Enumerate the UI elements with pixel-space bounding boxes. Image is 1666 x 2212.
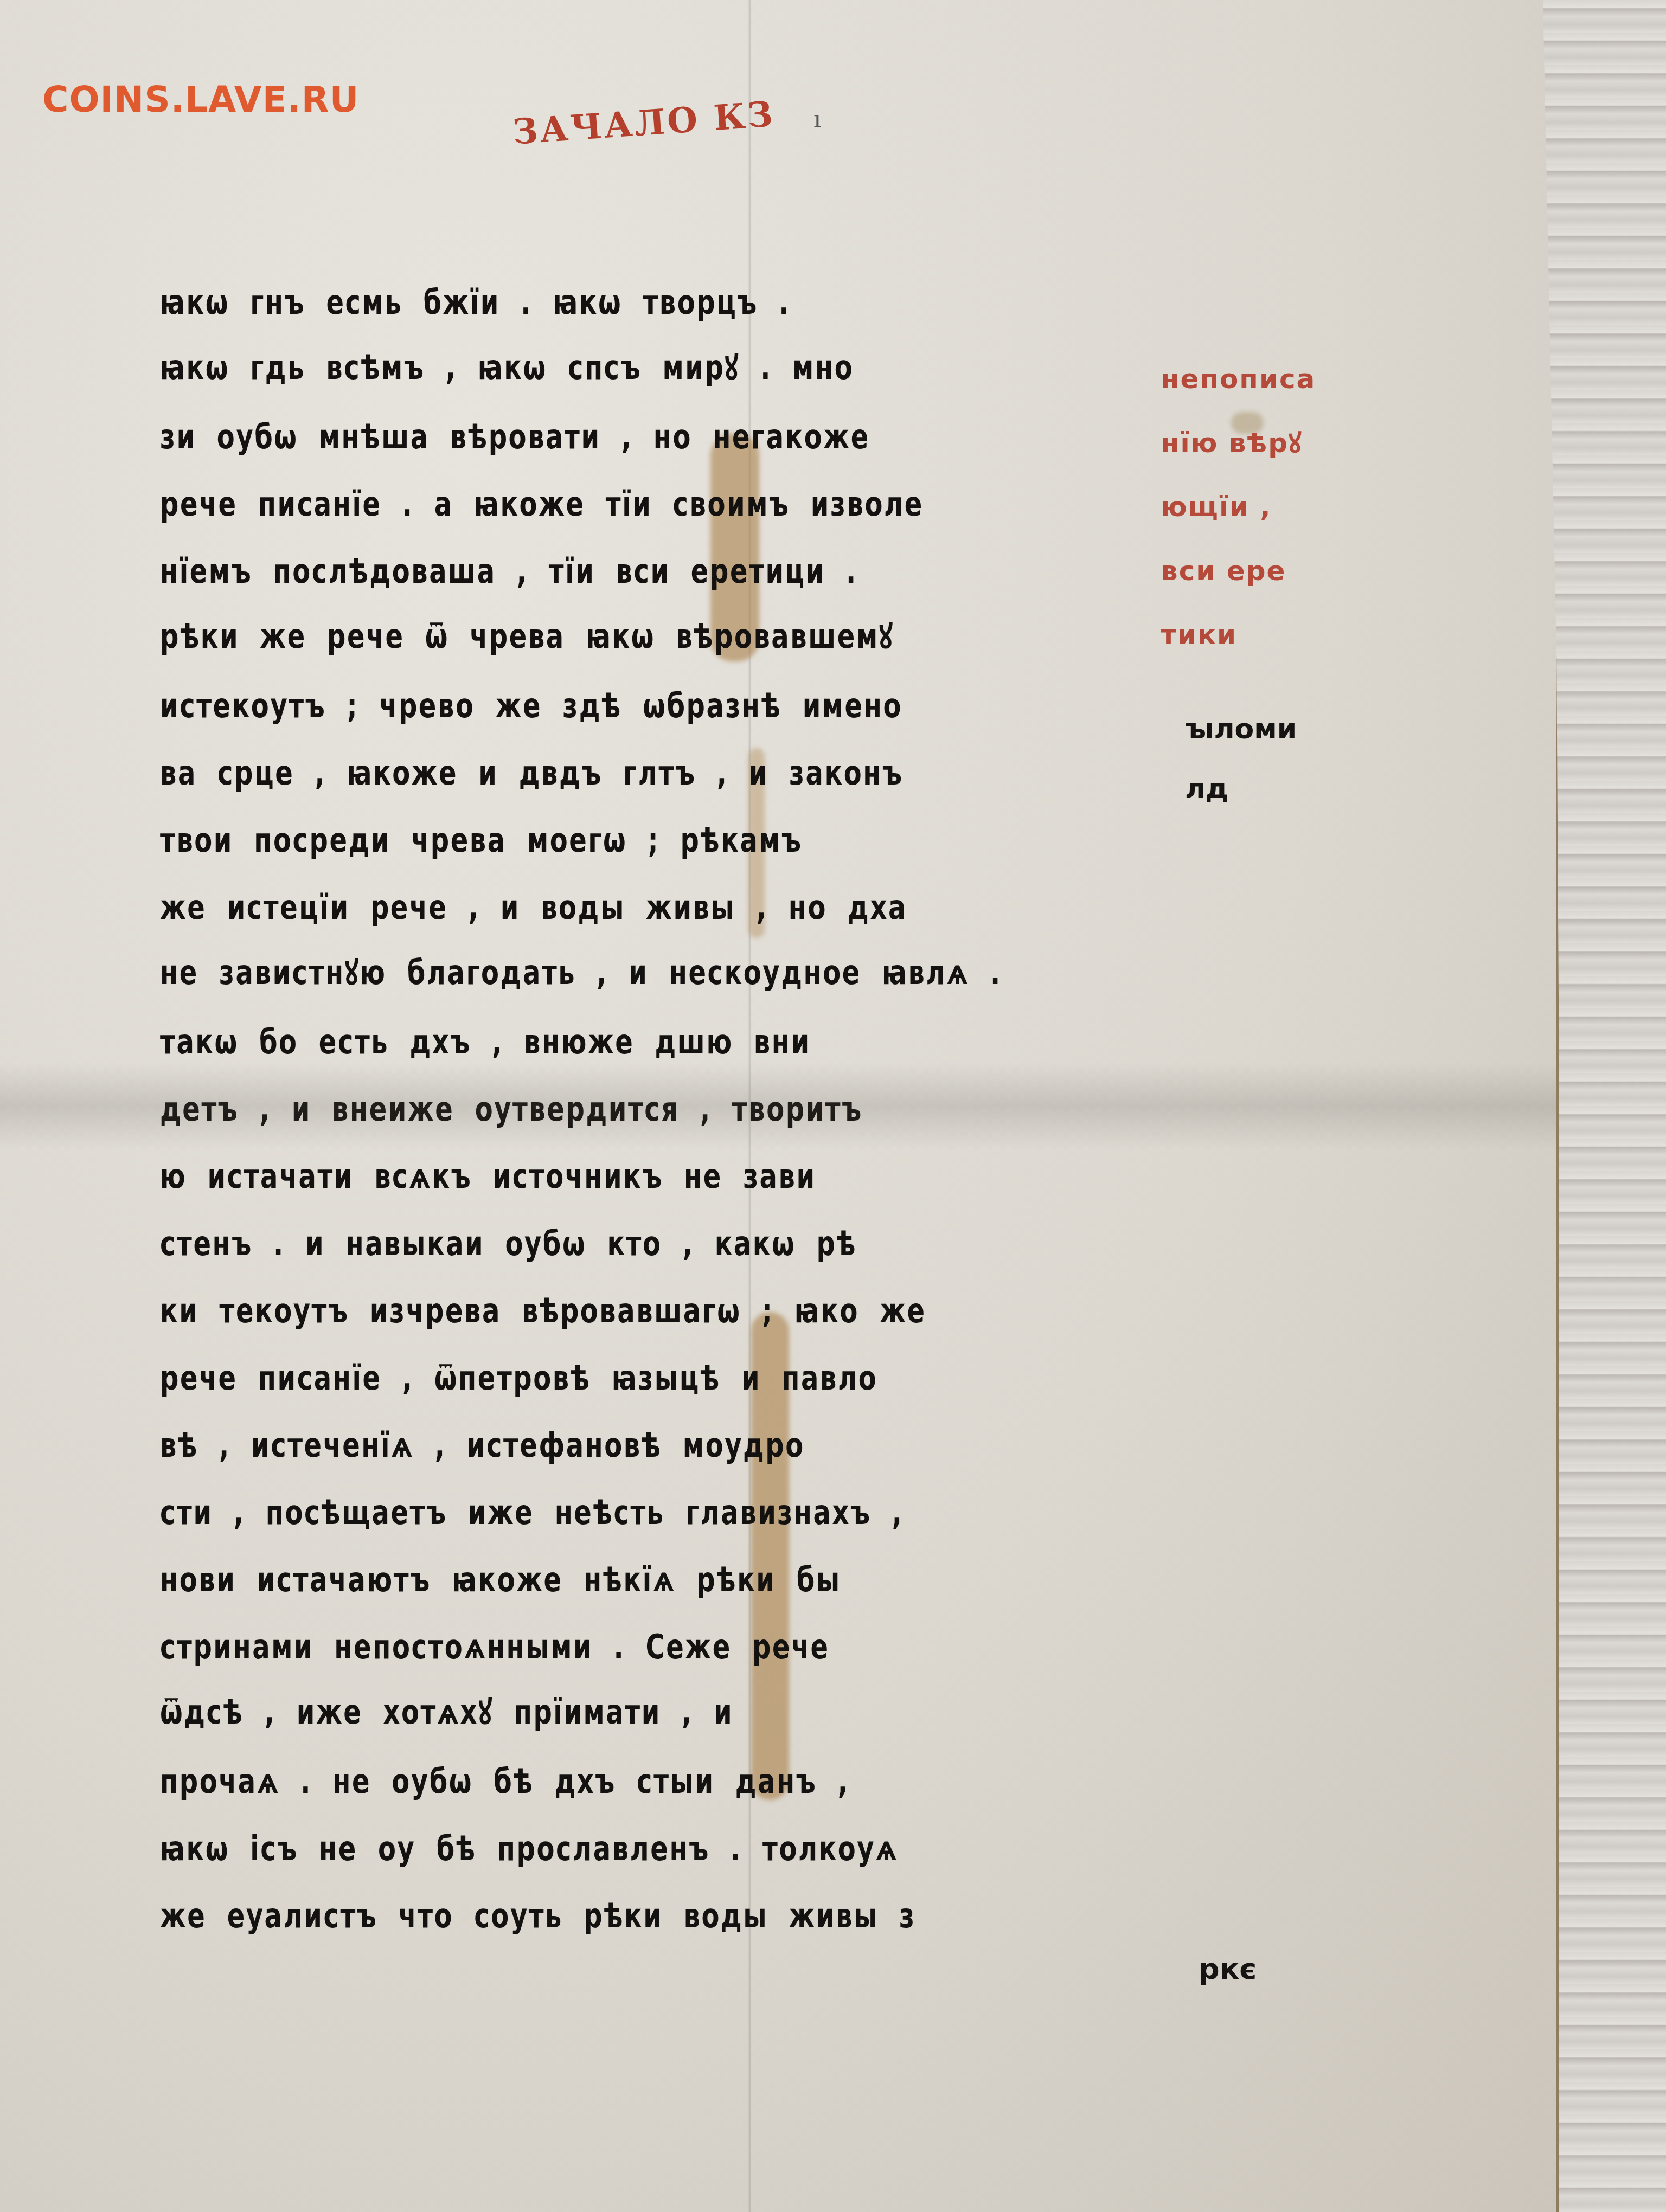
text-line: нови истачаютъ ꙗкоже нѣкїѧ рѣки бы (160, 1532, 999, 1599)
heading-mark: ı (813, 106, 821, 133)
text-line: вѣ , истеченїѧ , истефановѣ моудро (160, 1398, 999, 1465)
reference-line: лд (1185, 759, 1297, 819)
gloss-line: непописа (1161, 347, 1340, 411)
text-line: детъ , и внеиже оутвердится , творитъ (160, 1062, 999, 1129)
text-line: нїемъ послѣдоваша , тїи вси еретици . (160, 524, 999, 591)
text-line: прочаѧ . не оубѡ бѣ дхъ стыи данъ , (160, 1734, 999, 1801)
gloss-line: вси ере (1161, 539, 1340, 603)
manuscript-page: COINS.LAVE.RU ЗАЧАЛО КЗ ı ꙗкѡ гнъ есмь б… (0, 0, 1559, 2212)
text-line: ки текоутъ изчрева вѣровавшагѡ ; ꙗко жe (160, 1263, 999, 1330)
text-line: ѿдсѣ , иже хотѧхꙋ прїимати , и (160, 1667, 999, 1734)
text-line: же еуалистъ что соуть рѣки воды живы з (160, 1868, 999, 1935)
text-line: сти , посѣщаетъ иже неѣсть главизнахъ , (160, 1465, 999, 1532)
red-marginal-gloss: непописа нїю вѣрꙋ ющїи , вси ере тики (1161, 347, 1340, 667)
text-line: ю истачати всѧкъ источникъ не зави (160, 1129, 999, 1196)
text-line: ꙗкѡ гнъ есмь бжїи . ꙗкѡ творцъ . (160, 255, 999, 322)
text-line: стенъ . и навыкаи оубѡ кто , какѡ рѣ (160, 1196, 999, 1263)
gloss-line: ющїи , (1161, 475, 1340, 539)
text-line: ва срце , ꙗкоже и двдъ глтъ , и законъ (160, 725, 999, 793)
text-line: ꙗкѡ гдь всѣмъ , ꙗкѡ спсъ мирꙋ . мно (160, 322, 999, 389)
main-text-block: ꙗкѡ гнъ есмь бжїи . ꙗкѡ творцъ . ꙗкѡ гдь… (160, 255, 1136, 1935)
text-line: истекоутъ ; чрево же здѣ ѡбразнѣ имено (160, 658, 999, 725)
gloss-line: тики (1161, 603, 1340, 667)
marginal-reference: ꙑломи лд (1185, 699, 1297, 819)
text-line: стринами непостоѧнными . Сеже рече (160, 1599, 999, 1667)
text-line: рече писанїе . а ꙗкоже тїи своимъ изволе (160, 456, 999, 524)
text-line: зи оубѡ мнѣша вѣровати , но негакожe (160, 389, 999, 456)
section-heading: ЗАЧАЛО КЗ (511, 94, 776, 153)
text-line: рѣки же рече ѿ чрева ꙗкѡ вѣровавшемꙋ (160, 591, 999, 658)
text-line: же истецїи рече , и воды живы , но дха (160, 860, 999, 927)
text-line: ꙗкѡ ісъ не оу бѣ прославленъ . толкоуѧ (160, 1801, 999, 1868)
signature-mark: ркє (1199, 1952, 1257, 1986)
text-line: такѡ бо есть дхъ , внюже дшю вни (160, 994, 999, 1062)
text-line: твои посреди чрева моегѡ ; рѣкамъ (160, 793, 999, 860)
text-line: не завистнꙋю благодать , и нескоудное ꙗв… (160, 927, 999, 994)
gloss-line: нїю вѣрꙋ (1161, 411, 1340, 475)
watermark: COINS.LAVE.RU (42, 79, 359, 120)
reference-line: ꙑломи (1185, 699, 1297, 759)
text-line: рече писанїе , ѿпетровѣ ꙗзыцѣ и павло (160, 1330, 999, 1398)
